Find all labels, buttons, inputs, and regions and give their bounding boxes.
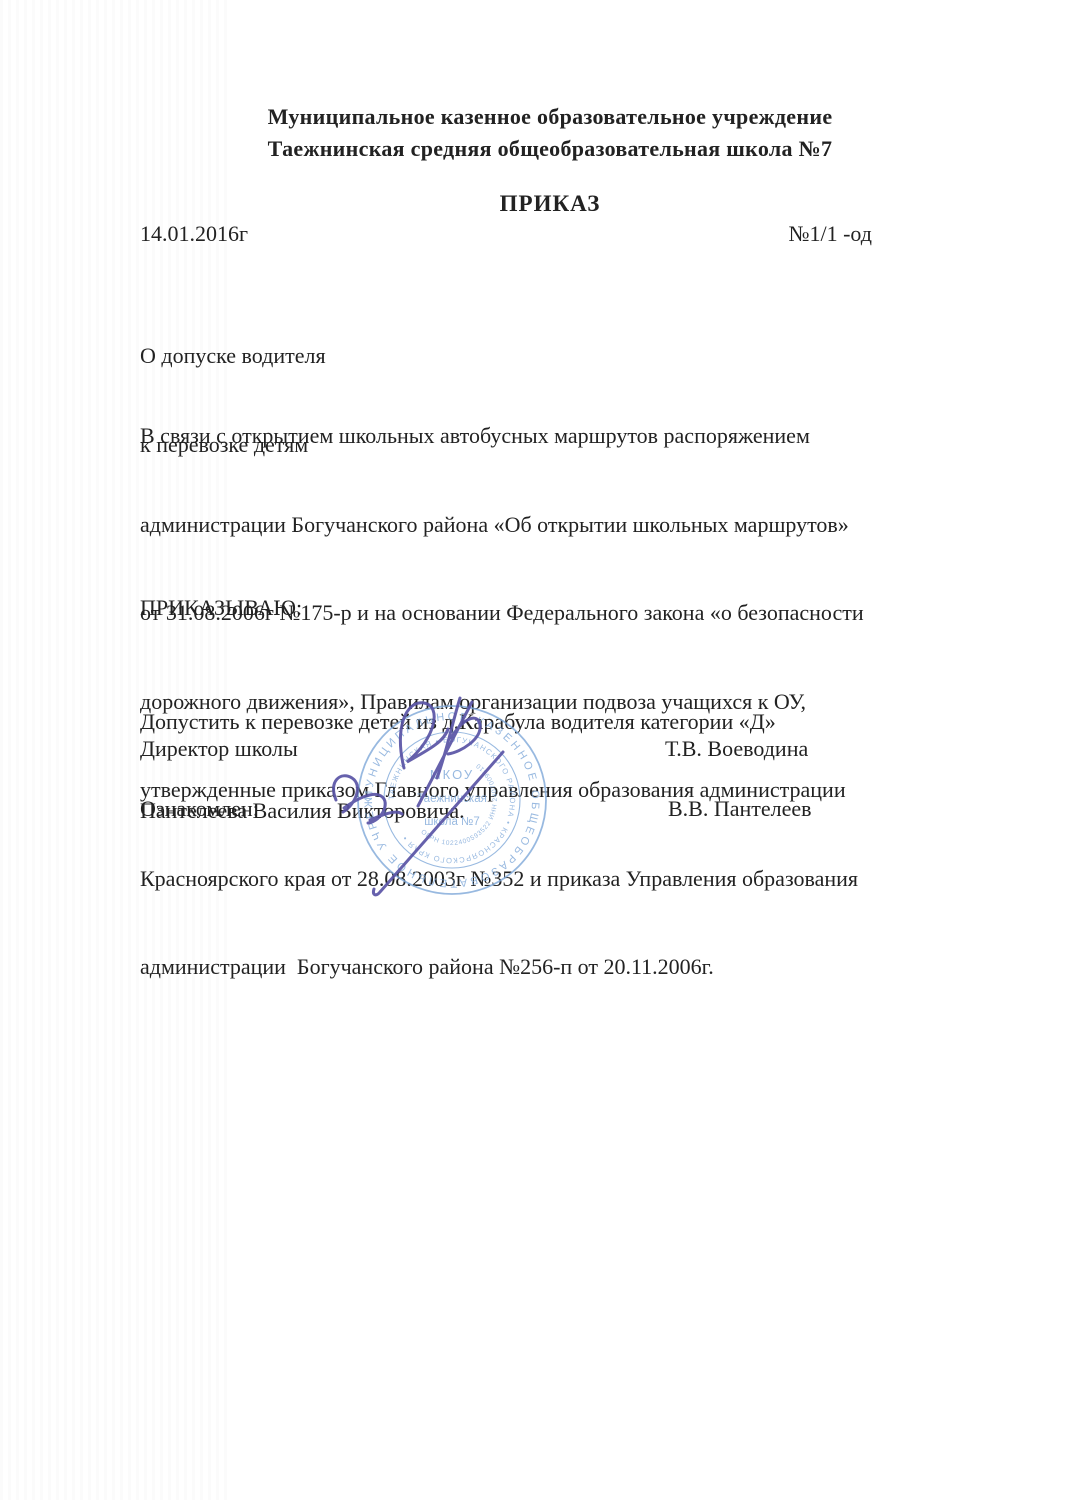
- scanned-order-document: Муниципальное казенное образовательное у…: [0, 0, 1091, 1500]
- director-name: Т.В. Воеводина: [665, 736, 808, 762]
- handwritten-signatures: [300, 680, 580, 900]
- org-name-line2: Таежнинская средняя общеобразовательная …: [120, 133, 980, 165]
- driver-signature-icon: [334, 752, 503, 895]
- directive-word: ПРИКАЗЫВАЮ:: [140, 593, 302, 623]
- preamble-line: администрации Богучанского района «Об от…: [140, 510, 990, 540]
- preamble-line: В связи с открытием школьных автобусных …: [140, 421, 990, 451]
- doc-type-title: ПРИКАЗ: [120, 191, 980, 217]
- org-name-line1: Муниципальное казенное образовательное у…: [120, 101, 980, 133]
- acknowledged-name: В.В. Пантелеев: [668, 796, 812, 822]
- doc-number: №1/1 -од: [789, 221, 873, 247]
- date-number-row: 14.01.2016г №1/1 -од: [140, 221, 872, 247]
- doc-date: 14.01.2016г: [140, 221, 248, 247]
- preamble-line: администрации Богучанского района №256-п…: [140, 952, 990, 982]
- acknowledged-label: Ознакомлен:: [140, 796, 259, 822]
- director-label: Директор школы: [140, 736, 298, 762]
